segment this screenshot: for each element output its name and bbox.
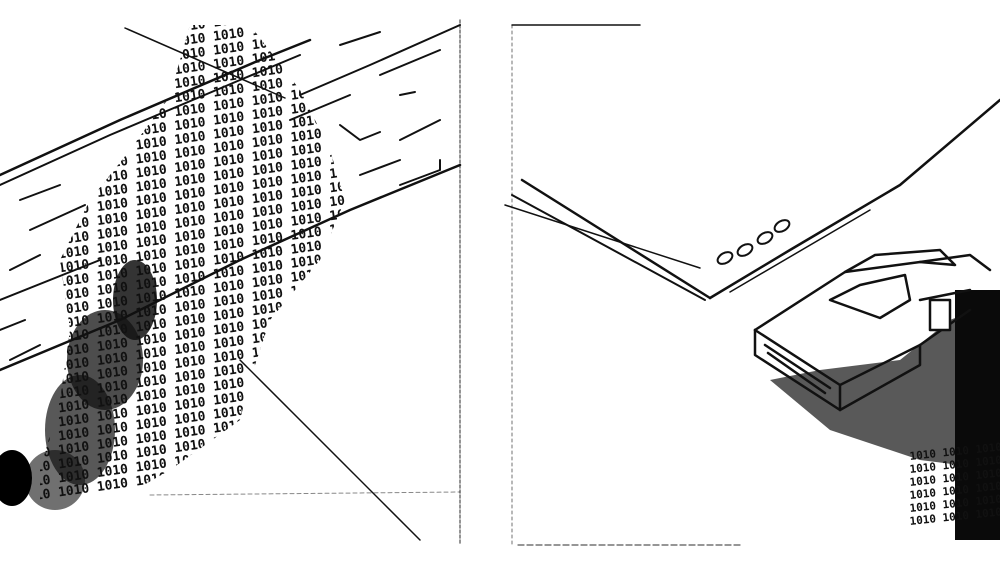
left-panel: 1010 1010 1010 1010 1010 1010 1010 1010 …	[0, 0, 500, 576]
left-sketch: 1010 1010 1010 1010 1010 1010 1010 1010 …	[0, 0, 500, 576]
right-panel: 1010 1010 1010 1010 1010 1010 1010 1010 …	[500, 0, 1000, 576]
right-sketch: 1010 1010 1010 1010 1010 1010 1010 1010 …	[500, 0, 1000, 576]
